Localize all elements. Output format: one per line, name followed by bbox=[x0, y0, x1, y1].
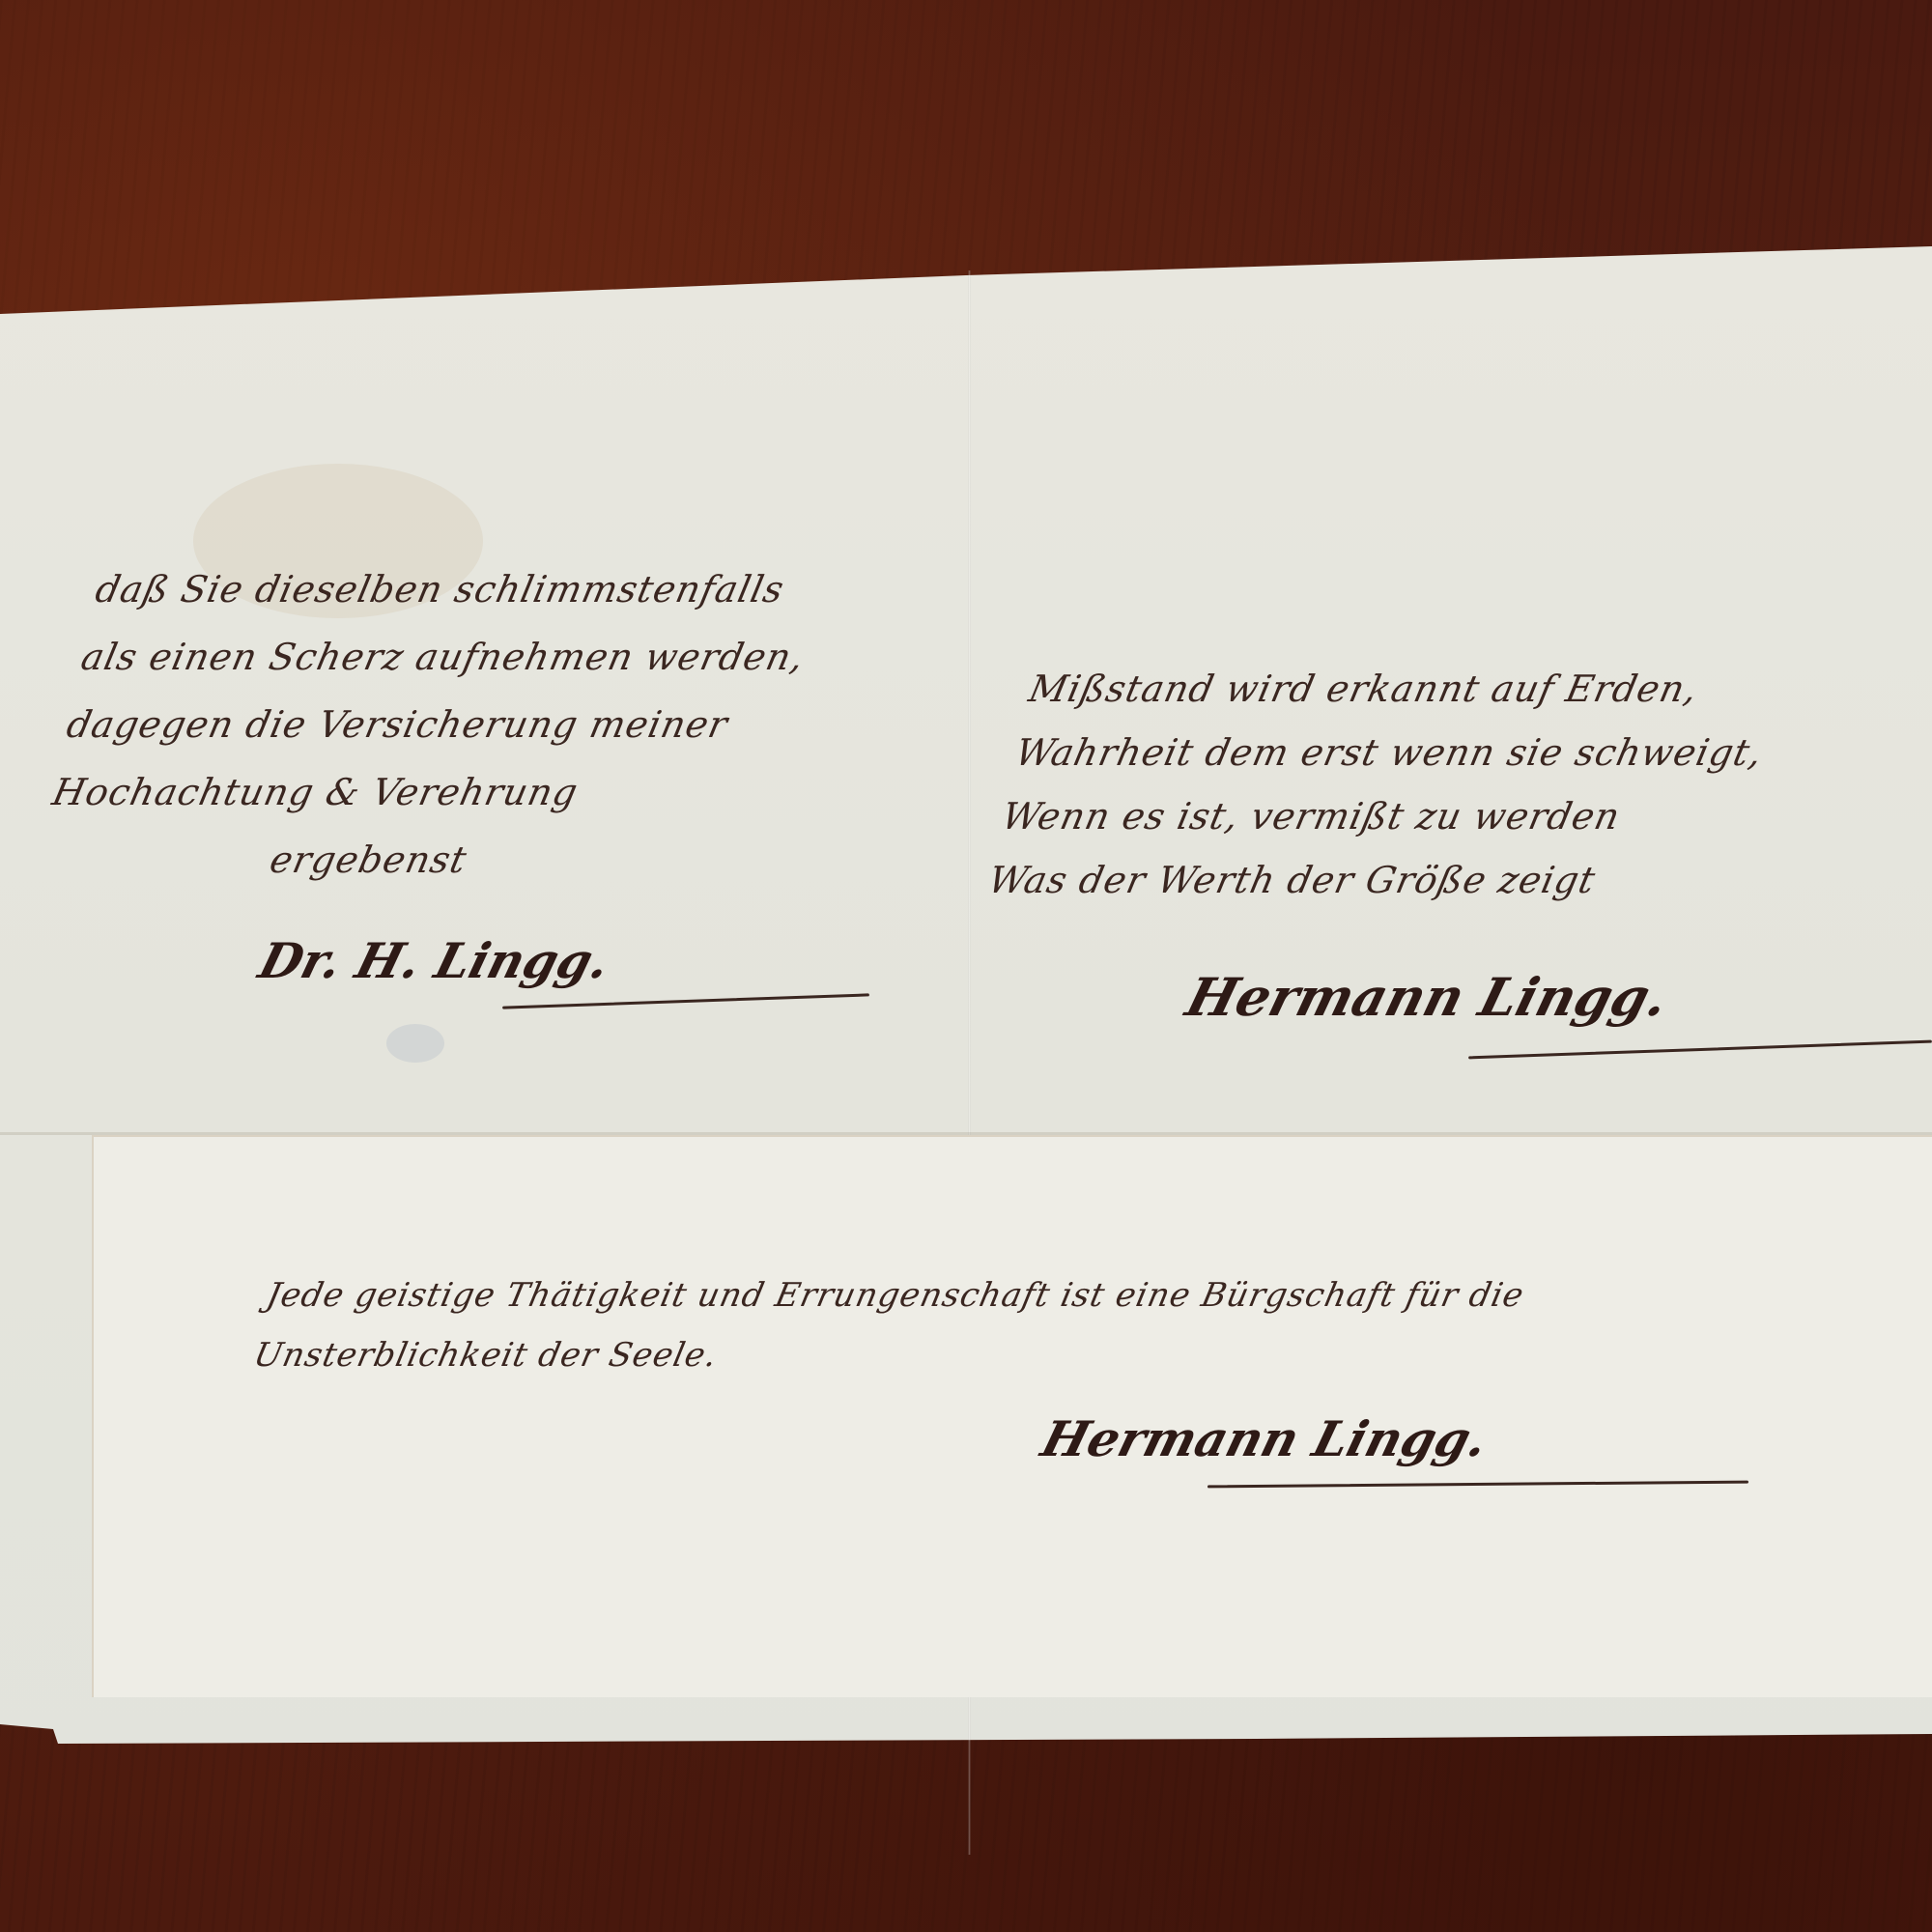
left-note-closing: ergebenst bbox=[32, 826, 768, 894]
right-note-line: Wenn es ist, vermißt zu werden bbox=[996, 784, 1755, 848]
bottom-signature: Hermann Lingg. bbox=[1036, 1410, 1493, 1467]
bottom-note-line: Unsterblichkeit der Seele. bbox=[248, 1325, 1518, 1385]
left-note-line: dagegen die Versicherung meiner bbox=[61, 691, 797, 758]
right-note-line: Was der Werth der Größe zeigt bbox=[982, 848, 1742, 912]
left-note-line: Hochachtung & Verehrung bbox=[46, 758, 782, 826]
right-note-line: Mißstand wird erkannt auf Erden, bbox=[1023, 657, 1782, 721]
right-note-line: Wahrheit dem erst wenn sie schweigt, bbox=[1009, 721, 1769, 784]
right-signature: Hermann Lingg. bbox=[1179, 966, 1674, 1028]
bottom-autograph-sheet bbox=[92, 1135, 1932, 1697]
bottom-note-line: Jede geistige Thätigkeit und Errungensch… bbox=[261, 1265, 1530, 1325]
left-note-text: daß Sie dieselben schlimmstenfalls als e… bbox=[32, 555, 826, 894]
left-signature: Dr. H. Lingg. bbox=[253, 932, 616, 989]
right-note-text: Mißstand wird erkannt auf Erden, Wahrhei… bbox=[982, 657, 1782, 912]
left-note-line: daß Sie dieselben schlimmstenfalls bbox=[89, 555, 825, 623]
bottom-note-text: Jede geistige Thätigkeit und Errungensch… bbox=[248, 1265, 1530, 1385]
left-note-line: als einen Scherz aufnehmen werden, bbox=[74, 623, 810, 691]
paper-stain bbox=[386, 1024, 444, 1063]
